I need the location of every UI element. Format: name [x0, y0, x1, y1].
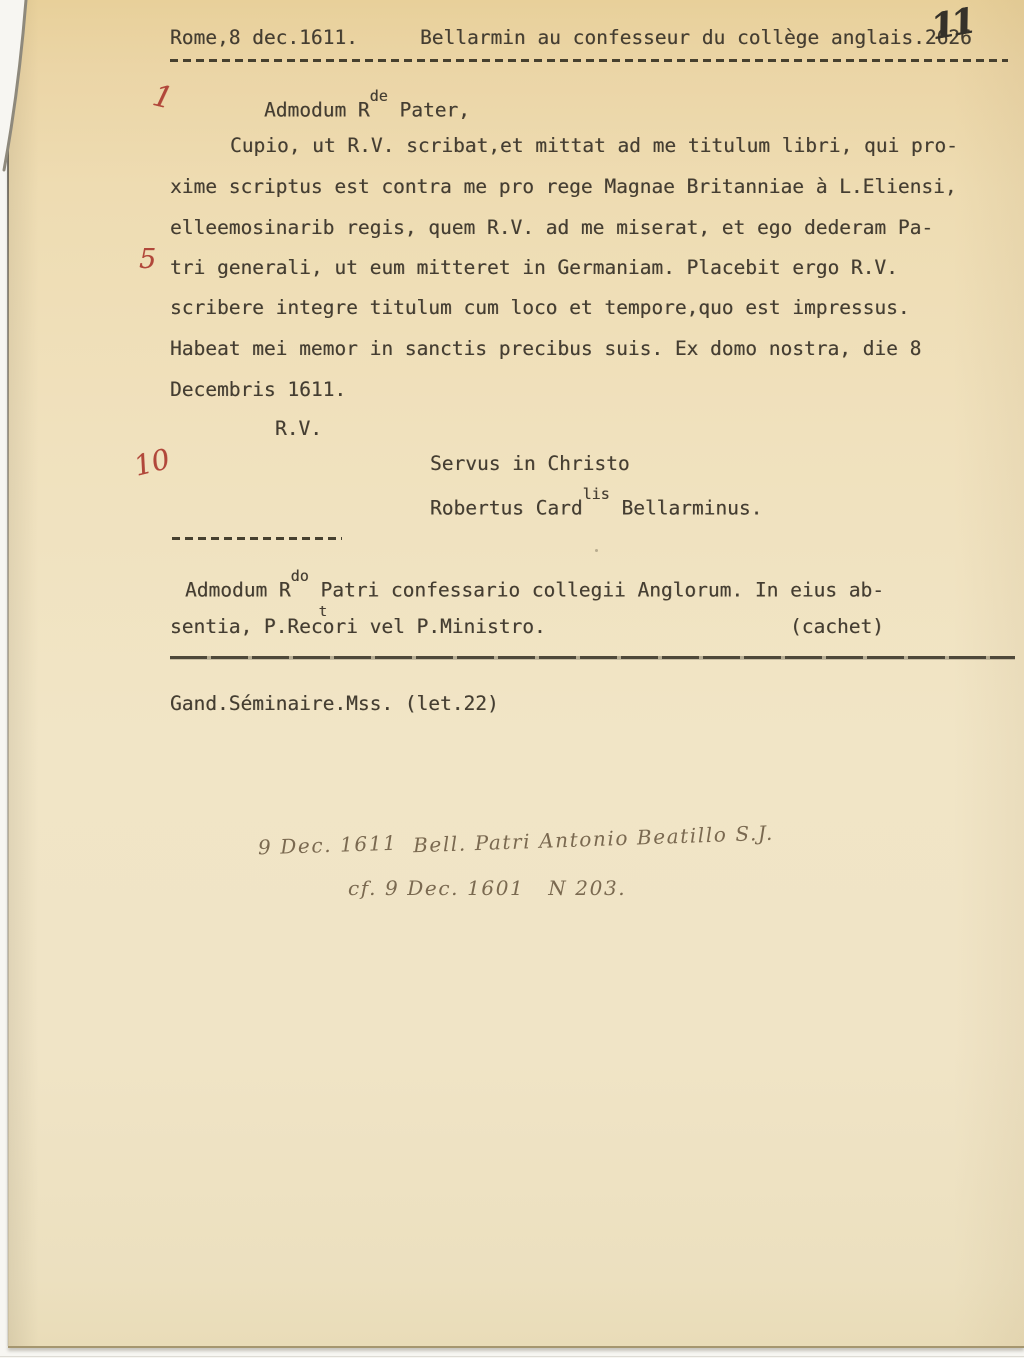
body-line: Cupio, ut R.V. scribat,et mittat ad me t… [230, 134, 958, 158]
handwritten-note-date: 9 Dec. 1611 [258, 831, 398, 860]
body-line: elleemosinarib regis, quem R.V. ad me mi… [170, 216, 933, 240]
footer-rule [170, 656, 1015, 659]
body-line: Decembris 1611. [170, 378, 346, 402]
body-line: R.V. [275, 417, 322, 441]
inserted-letter-t: t [319, 600, 327, 624]
body-line: Habeat mei memor in sanctis precibus sui… [170, 337, 921, 361]
signature-pre: Robertus Card [430, 497, 583, 520]
signature-separator-rule [172, 537, 342, 540]
signature-post: Bellarminus. [610, 497, 763, 520]
page-left-edge [7, 0, 9, 1346]
address-pre: Admodum R [185, 579, 291, 602]
signature-superscript: lis [583, 485, 610, 503]
signature-line-1: Servus in Christo [430, 452, 630, 476]
header-number-overwrite: 11 [928, 1, 975, 48]
salutation-superscript: de [370, 87, 388, 105]
inserted-letter-wrapper: tori vel P.Ministro. [323, 615, 546, 639]
salutation-line: Admodum Rde Pater, [264, 92, 470, 123]
signature-line-2: Robertus Cardlis Bellarminus. [430, 490, 762, 521]
page-corner-tear [0, 0, 46, 200]
source-reference: Gand.Séminaire.Mss. (let.22) [170, 692, 499, 716]
address-line2-pre: sentia, P.Rec [170, 615, 323, 638]
body-line: xime scriptus est contra me pro rege Mag… [170, 175, 957, 199]
address-line-2: sentia, P.Rectori vel P.Ministro. [170, 615, 546, 639]
header-title: Bellarmin au confesseur du collège angla… [420, 26, 925, 49]
salutation-post: Pater, [388, 99, 470, 122]
handwritten-note-cross-reference: cf. 9 Dec. 1601 N 203. [348, 876, 626, 900]
salutation-pre: Admodum R [264, 99, 370, 122]
cachet-note: (cachet) [790, 615, 884, 639]
header-date: Rome,8 dec.1611. [170, 26, 358, 50]
address-post: Patri confessario collegii Anglorum. In … [309, 579, 884, 602]
scan-background-edge [0, 1356, 1024, 1357]
paper-sheet [8, 0, 1024, 1348]
scanned-letter-page: { "page": { "paper_color": "#efe2bd", "i… [0, 0, 1024, 1358]
body-line: scribere integre titulum cum loco et tem… [170, 296, 910, 320]
address-superscript: do [291, 567, 309, 585]
header-title-line: Bellarmin au confesseur du collège angla… [420, 26, 972, 50]
body-line: tri generali, ut eum mitteret in Germani… [170, 256, 898, 280]
header-rule [170, 59, 1008, 62]
margin-number-5: 5 [139, 244, 156, 275]
address-line-1: Admodum Rdo Patri confessario collegii A… [185, 572, 884, 603]
address-line2-post: ori vel P.Ministro. [323, 615, 546, 638]
ink-speck [595, 549, 598, 552]
